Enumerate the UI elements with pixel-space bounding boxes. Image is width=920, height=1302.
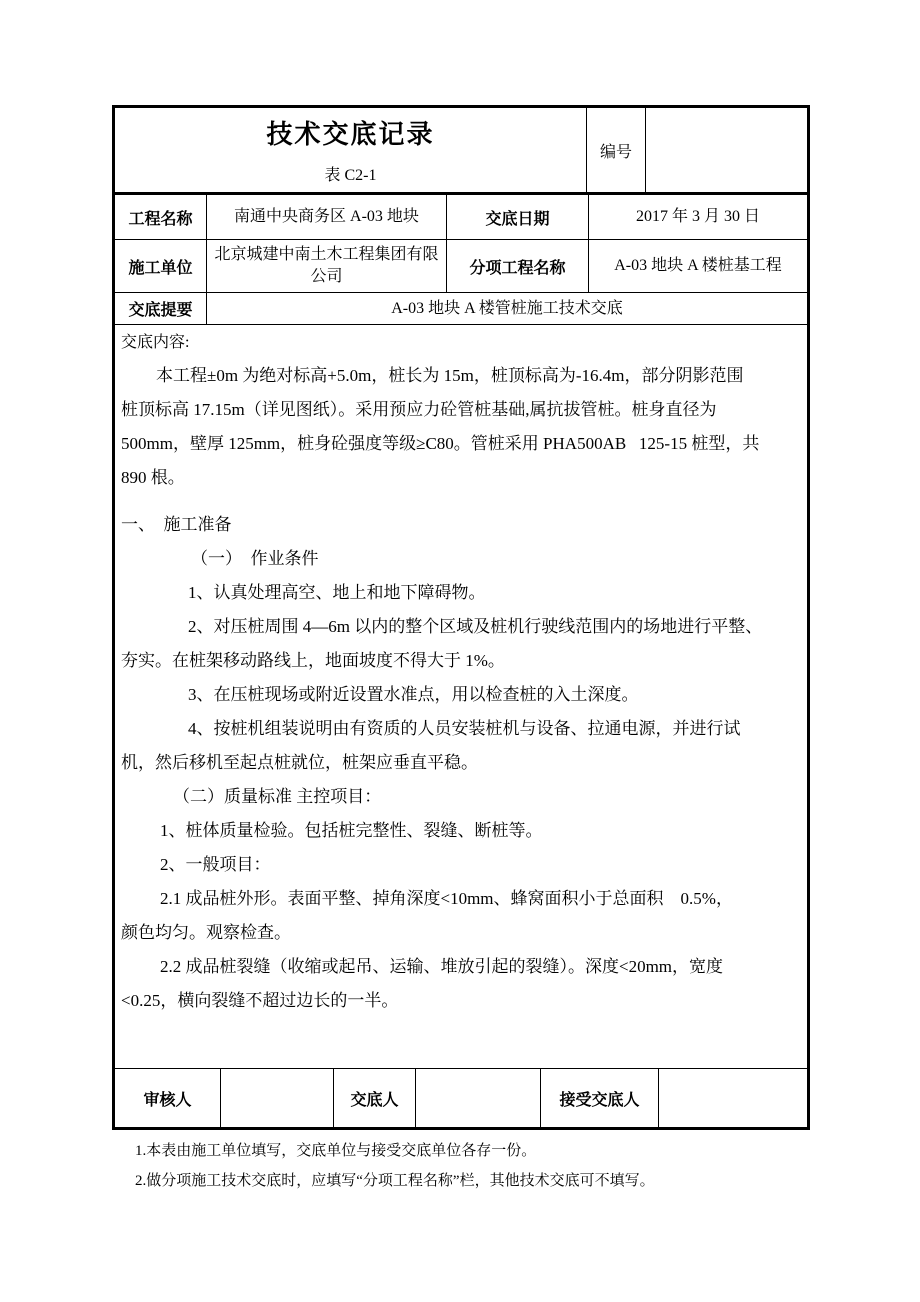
form-title-cell: 技术交底记录 表 C2-1 — [115, 108, 586, 192]
form-header-row: 技术交底记录 表 C2-1 编号 — [115, 108, 807, 195]
project-name-value: 南通中央商务区 A-03 地块 — [206, 195, 446, 239]
content-line: （二）质量标准 主控项目： — [121, 780, 801, 814]
content-line: 一、 施工准备 — [121, 508, 801, 542]
content-line: 2、一般项目： — [121, 848, 801, 882]
content-line: 2、对压桩周围 4—6m 以内的整个区域及桩机行驶线范围内的场地进行平整、 — [121, 610, 801, 644]
receiver-value-cell — [658, 1069, 807, 1127]
disclosure-content: 交底内容: 本工程±0m 为绝对标高+5.0m，桩长为 15m，桩顶标高为-16… — [115, 325, 807, 1069]
summary-row: 交底提要 A-03 地块 A 楼管桩施工技术交底 — [115, 293, 807, 325]
content-line: 2.2 成品桩裂缝（收缩或起吊、运输、堆放引起的裂缝）。深度<20mm，宽度 — [121, 950, 801, 984]
content-line: 1、认真处理高空、地上和地下障碍物。 — [121, 576, 801, 610]
sub-project-value: A-03 地块 A 楼桩基工程 — [588, 240, 807, 292]
reviewer-value-cell — [220, 1069, 333, 1127]
content-label: 交底内容: — [121, 331, 801, 355]
content-line: 500mm，壁厚 125mm，桩身砼强度等级≥C80。管桩采用 PHA500AB… — [121, 427, 801, 461]
summary-label: 交底提要 — [115, 293, 206, 324]
project-info-row: 工程名称 南通中央商务区 A-03 地块 交底日期 2017 年 3 月 30 … — [115, 195, 807, 240]
content-line: （一） 作业条件 — [121, 542, 801, 576]
discloser-label: 交底人 — [333, 1069, 415, 1127]
number-value-cell — [645, 108, 807, 192]
content-line: 3、在压桩现场或附近设置水准点，用以检查桩的入土深度。 — [121, 678, 801, 712]
receiver-label: 接受交底人 — [540, 1069, 658, 1127]
form-title: 技术交底记录 — [266, 118, 434, 152]
disclosure-date-value: 2017 年 3 月 30 日 — [588, 195, 807, 239]
content-line: 桩顶标高 17.15m（详见图纸）。采用预应力砼管桩基础,属抗拔管桩。桩身直径为 — [121, 393, 801, 427]
footnote-line: 2.做分项施工技术交底时，应填写“分项工程名称”栏，其他技术交底可不填写。 — [135, 1166, 795, 1196]
form-code: 表 C2-1 — [324, 162, 376, 185]
content-line: 机，然后移机至起点桩就位，桩架应垂直平稳。 — [121, 746, 801, 780]
number-label: 编号 — [586, 108, 645, 192]
content-lines: 本工程±0m 为绝对标高+5.0m，桩长为 15m，桩顶标高为-16.4m，部分… — [121, 359, 801, 1018]
content-line: 本工程±0m 为绝对标高+5.0m，桩长为 15m，桩顶标高为-16.4m，部分… — [121, 359, 801, 393]
contractor-label: 施工单位 — [115, 240, 206, 292]
content-line: 2.1 成品桩外形。表面平整、掉角深度<10mm、蜂窝面积小于总面积 0.5%， — [121, 882, 801, 916]
contractor-value: 北京城建中南土木工程集团有限公司 — [206, 240, 446, 292]
content-line: 890 根。 — [121, 461, 801, 495]
summary-value: A-03 地块 A 楼管桩施工技术交底 — [206, 293, 807, 324]
project-name-label: 工程名称 — [115, 195, 206, 239]
signature-row: 审核人 交底人 接受交底人 — [115, 1069, 807, 1127]
document-page: 技术交底记录 表 C2-1 编号 工程名称 南通中央商务区 A-03 地块 交底… — [0, 0, 920, 1302]
discloser-value-cell — [415, 1069, 540, 1127]
disclosure-form-table: 技术交底记录 表 C2-1 编号 工程名称 南通中央商务区 A-03 地块 交底… — [112, 105, 810, 1130]
content-line: <0.25，横向裂缝不超过边长的一半。 — [121, 984, 801, 1018]
footnotes: 1.本表由施工单位填写，交底单位与接受交底单位各存一份。2.做分项施工技术交底时… — [135, 1136, 795, 1196]
sub-project-label: 分项工程名称 — [446, 240, 588, 292]
footnote-line: 1.本表由施工单位填写，交底单位与接受交底单位各存一份。 — [135, 1136, 795, 1166]
content-line: 颜色均匀。观察检查。 — [121, 916, 801, 950]
contractor-info-row: 施工单位 北京城建中南土木工程集团有限公司 分项工程名称 A-03 地块 A 楼… — [115, 240, 807, 293]
content-line: 1、桩体质量检验。包括桩完整性、裂缝、断桩等。 — [121, 814, 801, 848]
content-line: 夯实。在桩架移动路线上，地面坡度不得大于 1%。 — [121, 644, 801, 678]
reviewer-label: 审核人 — [115, 1069, 220, 1127]
disclosure-date-label: 交底日期 — [446, 195, 588, 239]
content-line: 4、按桩机组装说明由有资质的人员安装桩机与设备、拉通电源，并进行试 — [121, 712, 801, 746]
